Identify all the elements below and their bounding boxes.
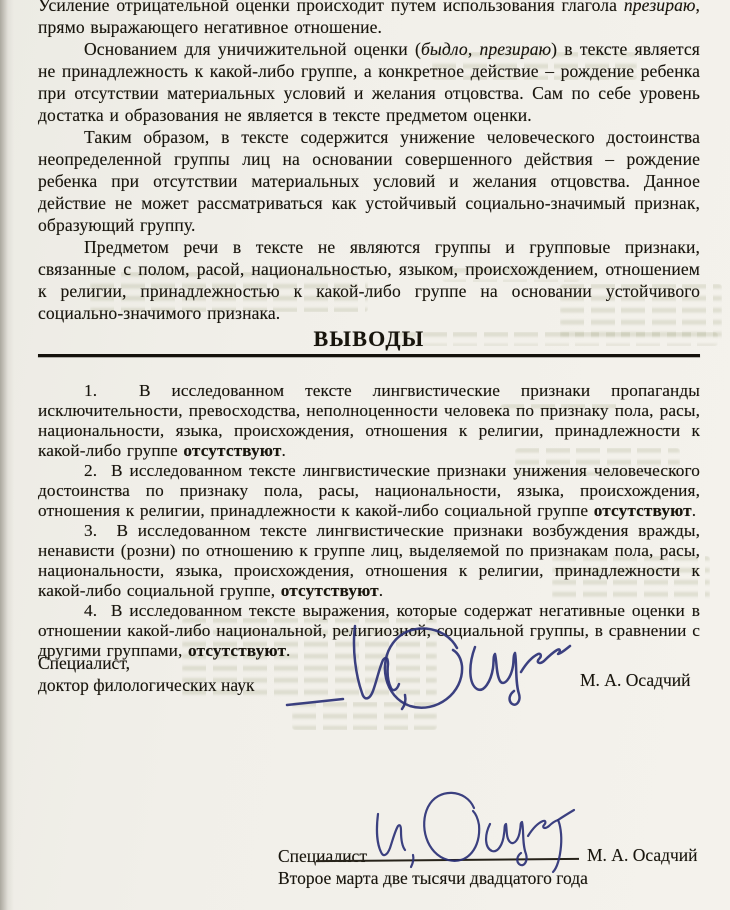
conclusion-number: 1.: [84, 381, 139, 400]
paragraph: Усиление отрицательной оценки происходит…: [38, 0, 700, 38]
paragraph: Основанием для уничижительной оценки (бы…: [38, 38, 700, 126]
conclusion-item: 2. В исследованном тексте лингвистически…: [38, 461, 700, 521]
conclusion-item: 1. В исследованном тексте лингвистически…: [38, 381, 700, 461]
page-left-edge-shadow: [0, 0, 14, 910]
body-paragraphs: Усиление отрицательной оценки происходит…: [38, 0, 700, 324]
specialist-name: М. А. Осадчий: [580, 669, 691, 691]
final-specialist-label: Специалист: [278, 845, 367, 867]
paragraph: Предметом речи в тексте не являются груп…: [38, 236, 700, 324]
specialist-title-block: Специалист, доктор филологических наук: [38, 652, 254, 696]
document-page: Усиление отрицательной оценки происходит…: [0, 0, 730, 910]
handwritten-signature-1: [281, 612, 581, 717]
handwritten-signature-2: [368, 778, 608, 878]
conclusion-number: 3.: [84, 521, 116, 540]
specialist-degree: доктор филологических наук: [38, 674, 254, 696]
conclusion-item: 3. В исследованном тексте лингвистически…: [38, 521, 700, 601]
conclusion-number: 2.: [84, 461, 111, 480]
conclusions-heading: ВЫВОДЫ: [38, 327, 700, 351]
specialist-title: Специалист,: [38, 652, 254, 674]
paragraph: Таким образом, в тексте содержится униже…: [38, 126, 700, 236]
conclusion-number: 4.: [84, 601, 111, 620]
heading-rule: [38, 354, 700, 357]
